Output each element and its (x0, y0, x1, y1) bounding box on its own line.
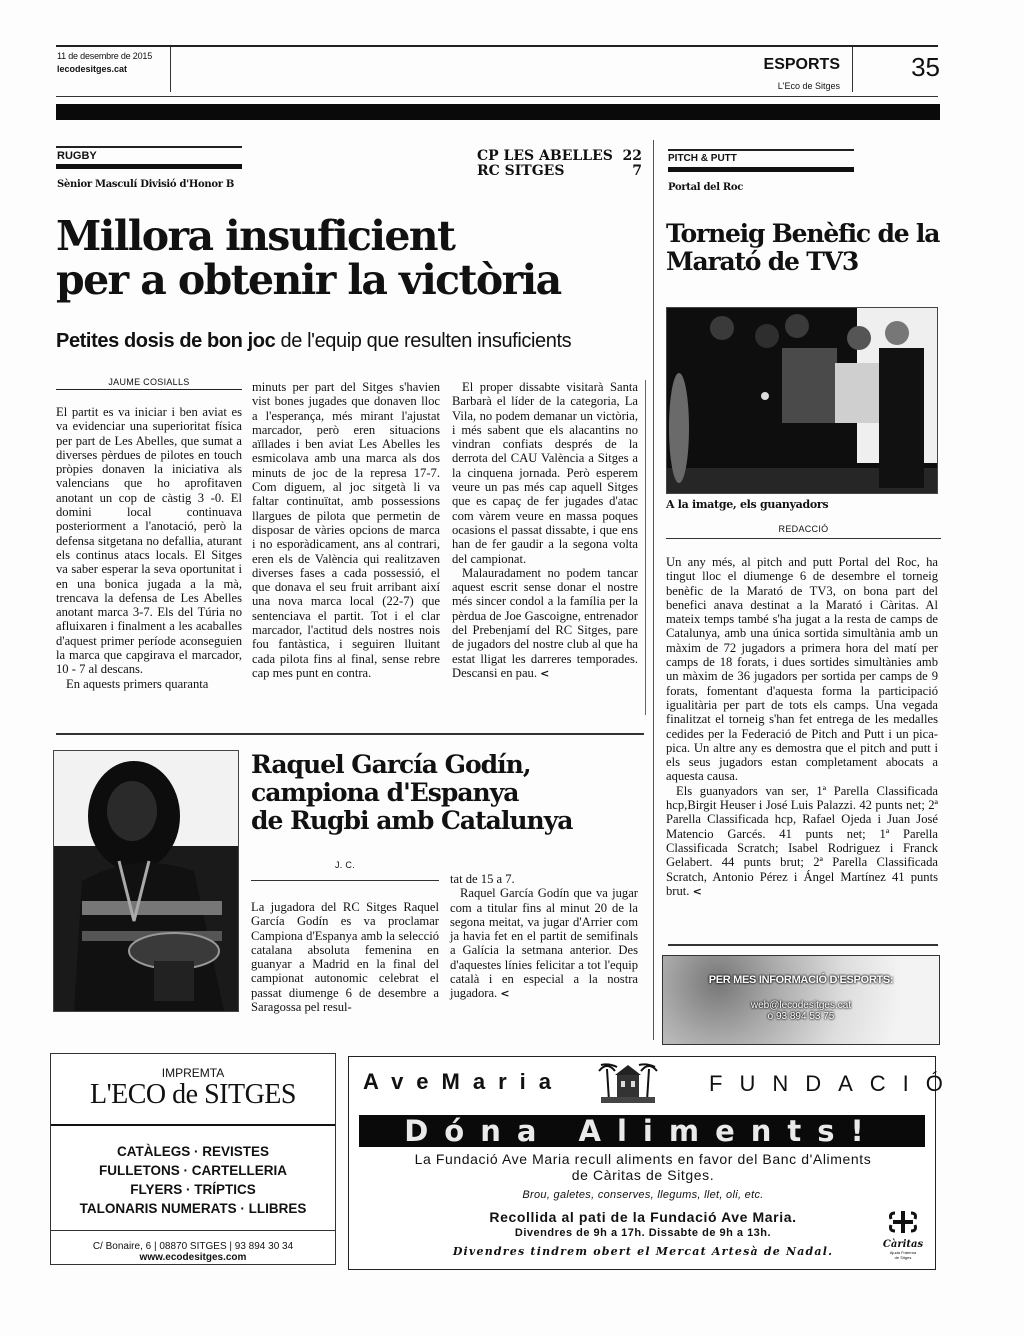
winners-photo (666, 307, 938, 494)
player-photo-illustration (54, 751, 239, 1012)
paragraph: El proper dissabte visitarà Santa Barbar… (452, 380, 638, 566)
service-item: FLYERS · TRÍPTICS (51, 1180, 335, 1199)
info-box-top-rule (668, 944, 938, 946)
header-black-bar (56, 104, 940, 120)
header-bottom-rule (56, 96, 938, 97)
byline-rule (666, 538, 941, 539)
ad-separator (51, 1124, 335, 1126)
article-column-2: minuts per part del Sitges s'havien vist… (252, 380, 440, 680)
paragraph: Malauradament no podem tancar aquest esc… (452, 566, 638, 680)
paragraph: El partit es va iniciar i ben aviat es v… (56, 405, 242, 677)
section-kicker: PITCH & PUTT (668, 153, 737, 164)
byline-rule (251, 880, 439, 881)
deck-rest: de l'equip que resulten insuficients (275, 330, 571, 352)
paper-name: L'Eco de Sitges (740, 81, 840, 91)
kicker-top-rule (56, 146, 242, 148)
ad-body: La Fundació Ave Maria recull aliments en… (349, 1151, 937, 1258)
headline-line: Millora insuficient (56, 214, 656, 258)
ad-market: Divendres tindrem obert el Mercat Artesà… (349, 1245, 937, 1258)
header-divider (170, 47, 171, 92)
byline-rule (56, 389, 242, 390)
ad-line: de Càritas de Sitges. (349, 1167, 937, 1183)
caritas-sub: de Sitges (875, 1255, 931, 1260)
team-score: 7 (632, 164, 642, 179)
ad-line: La Fundació Ave Maria recull aliments en… (349, 1151, 937, 1167)
headline-line: de Rugbi amb Catalunya (251, 807, 651, 835)
paragraph: La jugadora del RC Sitges Raquel García … (251, 900, 439, 1014)
article-body: Un any més, al pitch and putt Portal del… (666, 555, 938, 899)
article-headline: Torneig Benèfic de la Marató de TV3 (666, 220, 946, 276)
paragraph: Raquel García Godín que va jugar com a t… (450, 886, 638, 1000)
player-photo (53, 750, 239, 1012)
ad-items: Brou, galetes, conserves, llegums, llet,… (349, 1189, 937, 1201)
ad-hours: Divendres de 9h a 17h. Dissabte de 9h a … (349, 1227, 937, 1239)
caritas-name: Càritas (875, 1239, 931, 1250)
ad-brand: AveMaria (363, 1069, 564, 1095)
article-deck: Petites dosis de bon joc de l'equip que … (56, 330, 656, 353)
headline-line: Raquel García Godín, (251, 751, 651, 779)
end-mark-icon: < (540, 667, 549, 680)
ad-small-label: IMPREMTA (51, 1066, 335, 1080)
ad-banner: Dóna Aliments! (359, 1115, 925, 1147)
page-number: 35 (880, 52, 940, 83)
caritas-logo: Càritas Ajuda Fraterna de Sitges (875, 1209, 931, 1260)
info-email-link[interactable]: web@lecodesitges.cat (663, 1000, 939, 1011)
avemaria-ad: AveMaria FUNDACIÓ Dóna Aliments! La Fund… (348, 1056, 936, 1270)
info-box: PER MES INFORMACIÓ D'ESPORTS: web@lecode… (662, 955, 940, 1045)
printer-ad: IMPREMTA L'ECO de SITGES CATÀLEGS · REVI… (50, 1053, 336, 1265)
info-phone: o 93 894 53 75 (663, 1011, 939, 1022)
article-separator (56, 733, 644, 735)
header-top-rule (56, 45, 938, 47)
headline-line: campiona d'Espanya (251, 779, 651, 807)
team-name: RC SITGES (477, 164, 564, 179)
scoreboard-row: RC SITGES 7 (477, 164, 642, 179)
ad-foundation: FUNDACIÓ (709, 1071, 960, 1097)
column-divider (645, 380, 646, 715)
kicker-top-rule (668, 149, 854, 151)
ad-title: L'ECO de SITGES (51, 1080, 335, 1110)
header-divider (852, 47, 853, 92)
article-category: Sènior Masculí Divisió d'Honor B (57, 179, 234, 190)
caritas-cross-icon (875, 1209, 931, 1235)
photo-caption: A la imatge, els guanyadors (666, 498, 828, 511)
paragraph: En aquests primers quaranta (56, 677, 242, 691)
section-title: ESPORTS (740, 56, 840, 74)
service-item: CATÀLEGS · REVISTES (51, 1142, 335, 1161)
issue-date: 11 de desembre de 2015 (57, 51, 152, 61)
team-name: CP LES ABELLES (477, 149, 613, 164)
article-column-1: La jugadora del RC Sitges Raquel García … (251, 900, 439, 1014)
section-kicker: RUGBY (57, 150, 97, 162)
site-url: lecodesitges.cat (57, 64, 127, 74)
deck-bold: Petites dosis de bon joc (56, 330, 275, 352)
column-divider (653, 140, 654, 1040)
ad-collect: Recollida al pati de la Fundació Ave Mar… (349, 1209, 937, 1225)
service-list: CATÀLEGS · REVISTES FULLETONS · CARTELLE… (51, 1142, 335, 1218)
end-mark-icon: < (693, 885, 702, 898)
ad-address: C/ Bonaire, 6 | 08870 SITGES | 93 894 30… (51, 1241, 335, 1252)
scoreboard: CP LES ABELLES 22 RC SITGES 7 (477, 149, 642, 179)
palm-building-icon (597, 1061, 659, 1105)
team-score: 22 (623, 149, 642, 164)
info-box-title: PER MES INFORMACIÓ D'ESPORTS: (663, 974, 939, 986)
ad-separator (51, 1230, 335, 1231)
article-category: Portal del Roc (668, 182, 743, 193)
headline-line: Marató de TV3 (666, 248, 946, 276)
scoreboard-row: CP LES ABELLES 22 (477, 149, 642, 164)
paragraph: Els guanyadors van ser, 1ª Parella Class… (666, 784, 938, 898)
paragraph: Un any més, al pitch and putt Portal del… (666, 555, 938, 784)
paragraph: tat de 15 a 7. (450, 872, 638, 886)
headline-line: Torneig Benèfic de la (666, 220, 946, 248)
kicker-bottom-rule (668, 167, 854, 172)
headline-line: per a obtenir la victòria (56, 258, 656, 302)
article-column-3: El proper dissabte visitarà Santa Barbar… (452, 380, 638, 681)
ad-website-link[interactable]: www.ecodesitges.com (51, 1252, 335, 1263)
article-headline: Raquel García Godín, campiona d'Espanya … (251, 751, 651, 835)
article-column-1: El partit es va iniciar i ben aviat es v… (56, 405, 242, 691)
winners-photo-illustration (667, 308, 938, 494)
article-column-2: tat de 15 a 7. Raquel García Godín que v… (450, 872, 638, 1002)
kicker-bottom-rule (56, 164, 242, 169)
end-mark-icon: < (500, 987, 509, 1000)
paragraph: minuts per part del Sitges s'havien vist… (252, 380, 440, 680)
article-headline: Millora insuficient per a obtenir la vic… (56, 214, 656, 302)
byline: J. C. (251, 860, 439, 870)
byline: JAUME COSIALLS (56, 377, 242, 387)
service-item: FULLETONS · CARTELLERIA (51, 1161, 335, 1180)
service-item: TALONARIS NUMERATS · LLIBRES (51, 1199, 335, 1218)
byline: REDACCIÓ (666, 524, 941, 534)
